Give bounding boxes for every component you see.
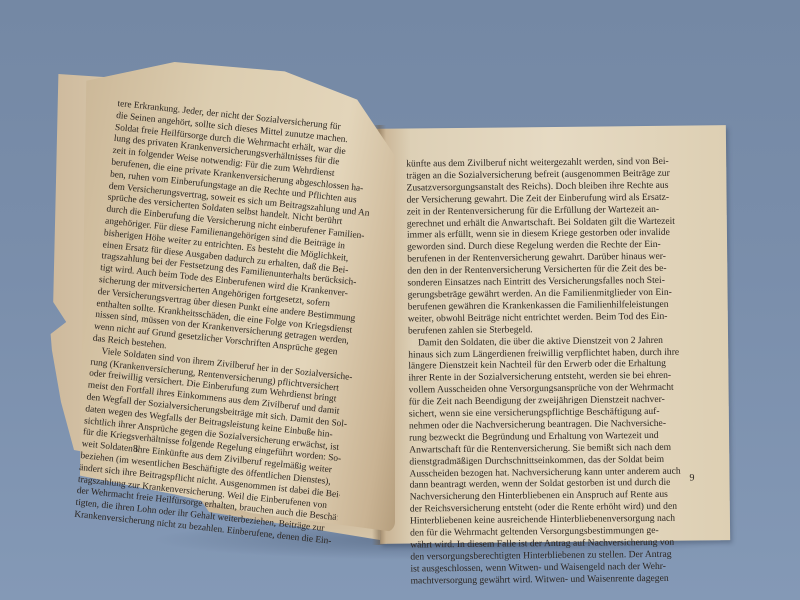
page-number-left: 8 <box>133 444 138 455</box>
right-page: künfte aus dem Zivilberuf nicht weiterge… <box>376 125 730 544</box>
page-number-right: 9 <box>689 473 694 484</box>
paragraph: künfte aus dem Zivilberuf nicht weiterge… <box>406 155 698 337</box>
right-page-text: künfte aus dem Zivilberuf nicht weiterge… <box>406 155 700 587</box>
left-page-text: tere Erkrankung. Jeder, der nicht der So… <box>74 99 379 549</box>
paragraph: Damit den Soldaten, die über die aktive … <box>408 334 701 587</box>
photo-scene: künfte aus dem Zivilberuf nicht weiterge… <box>0 0 800 600</box>
